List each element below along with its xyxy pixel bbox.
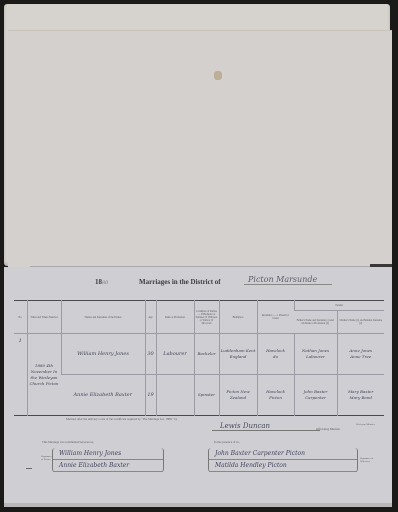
col-mother: Mother's Name (1) and Maiden Surname (2) [337,311,384,334]
col-names: Names and Surnames of the Parties [61,301,145,334]
minister-description: Wesleyan Minister [356,423,378,426]
year: 1880 [95,278,108,286]
bride-condition: Spinster [194,375,219,416]
groom-residence: Havelock do [257,334,294,375]
groom-father: Nathan Jones Labourer [294,334,337,375]
bride-rank [156,375,194,416]
bride-mother: Mary Baxter Mary Bond [337,375,384,416]
register-page: 1880 Marriages in the District of Picton… [4,267,392,507]
district-name: Picton Marsunde [244,275,332,285]
parties-signatures: William Henry Jones Annie Elizabeth Baxt… [52,448,164,472]
table-row-groom: 1 1880 4th November In the Wesleyan Chur… [14,334,384,375]
blank-flap-page [8,30,392,267]
col-residence: Residence — 1. Present 2. Usual [257,301,294,334]
col-no: No. [14,301,27,334]
groom-rank: Labourer [156,334,194,375]
groom-birthplace: Luddenham Kent England [219,334,257,375]
parties-label: Signatures of Parties [41,455,51,461]
certificate-statement: Married, after the delivery to me of the… [66,417,177,421]
officiating-minister-label: Officiating Minister [316,427,340,431]
col-rank: Rank or Profession [156,301,194,334]
bride-age: 19 [145,375,156,416]
witness-signature-2: Matilda Hendley Picton [209,460,357,472]
register-title: Marriages in the District of [139,278,221,286]
col-group-parents: Parents [294,301,384,311]
bride-birthplace: Picton New Zealand [219,375,257,416]
stain-mark [214,71,222,80]
witness-signature-1: John Baxter Carpenter Picton [209,448,357,460]
marriage-register-table: No. When and Where Married Names and Sur… [14,300,384,416]
bride-name: Annie Elizabeth Baxter [61,375,145,416]
page-stack-edge [4,503,392,507]
groom-mother: Anne Jones Anne Tree [337,334,384,375]
col-condition: Condition of Parties — If Bachelor or Sp… [194,301,219,334]
col-age: Age [145,301,156,334]
bride-father: John Baxter Carpenter [294,375,337,416]
groom-name: William Henry Jones [61,334,145,375]
col-birthplace: Birthplace [219,301,257,334]
groom-age: 30 [145,334,156,375]
page-mark [26,468,32,469]
bride-residence: Havelock Picton [257,375,294,416]
col-father: Father's Name and Surname (1) and his Ra… [294,311,337,334]
officiating-minister-signature: Lewis Duncan [212,422,320,431]
bride-signature: Annie Elizabeth Baxter [53,460,163,472]
witnesses-label: Signatures of Witnesses [360,457,382,463]
col-when-where: When and Where Married [27,301,61,334]
groom-condition: Bachelor [194,334,219,375]
entry-when-where: 1880 4th November In the Wesleyan Church… [27,334,61,416]
witnesses-signatures: John Baxter Carpenter Picton Matilda Hen… [208,448,358,472]
presence-label: In the presence of us, [214,440,240,444]
entry-number: 1 [14,334,27,416]
table-row-bride: Annie Elizabeth Baxter 19 Spinster Picto… [14,375,384,416]
groom-signature: William Henry Jones [53,448,163,460]
solemnized-label: This Marriage was solemnized between us, [42,440,94,444]
